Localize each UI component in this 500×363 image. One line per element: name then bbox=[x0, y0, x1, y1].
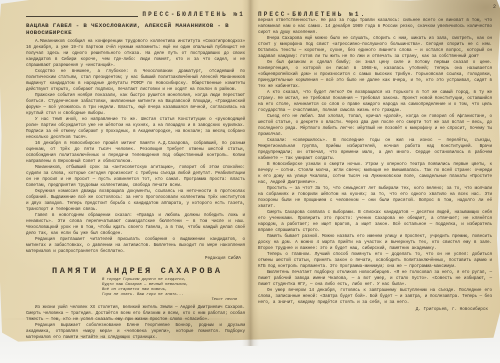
body-paragraph: Память бывает разной. Можно назвать его … bbox=[258, 234, 492, 252]
body-paragraph: Теперь о главном. Лучший способ помянуть… bbox=[258, 252, 492, 270]
body-paragraph: Вчера Сахарова ещё можно было не слушать… bbox=[258, 36, 492, 60]
right-page: 2 ПРЕСС-БЮЛЛЕТЕНЬ №1. верная ответственн… bbox=[258, 11, 492, 312]
body-paragraph: А кто сказал, что будет легко? Он возвра… bbox=[258, 90, 492, 114]
body-paragraph: 16 декабря в Новосибирске прошёл митинг … bbox=[26, 141, 245, 165]
body-paragraph: Сходство не внешнее, а глубокое: в Чехос… bbox=[26, 69, 245, 93]
left-article-body: А.Мананников сообщил на конференции труд… bbox=[26, 39, 245, 255]
epigraph-attribution: Текст песни bbox=[102, 298, 237, 303]
memorial-heading: ПАМЯТИ АНДРЕЯ САХАРОВА bbox=[52, 266, 245, 276]
body-paragraph: Простить — за что? За то, что семьдесят … bbox=[258, 186, 492, 210]
body-paragraph: Из жизни ушёл человек XX столетия, велик… bbox=[26, 305, 245, 323]
memorial-epigraph: В городе Горьком дороги не сходятся, Буд… bbox=[102, 278, 245, 303]
left-masthead-row: ПРЕСС-БЮЛЛЕТЕНЬ №1 bbox=[26, 11, 245, 18]
body-paragraph: Он умер вечером 14 декабря, готовясь к з… bbox=[258, 288, 492, 306]
body-paragraph: Он был физиком и сделал бомбу; он знал ц… bbox=[258, 60, 492, 90]
body-paragraph: Окружная комиссия дважды возвращала доку… bbox=[26, 189, 245, 213]
body-paragraph: Пражские события ноября показали, как бы… bbox=[26, 93, 245, 117]
body-paragraph: Редакция приглашает читателей присылать … bbox=[26, 237, 245, 255]
right-masthead: ПРЕСС-БЮЛЛЕТЕНЬ №1. bbox=[258, 11, 492, 18]
masthead-rule bbox=[26, 13, 138, 17]
body-paragraph: У нас темп иной, но направление то же. Ш… bbox=[26, 117, 245, 141]
body-paragraph: Гавел в новогоднем обращении сказал: «Пр… bbox=[26, 213, 245, 237]
memorial-body: Из жизни ушёл человек XX столетия, велик… bbox=[26, 305, 245, 341]
body-paragraph: В Новосибирске узнали о смерти ночью. Ут… bbox=[258, 162, 492, 186]
left-masthead: ПРЕСС-БЮЛЛЕТЕНЬ №1 bbox=[142, 11, 245, 18]
body-paragraph: Смерть Сахарова совпала с выборами. В сп… bbox=[258, 210, 492, 234]
right-article-body: верная ответственность». Не раз за годы … bbox=[258, 18, 492, 306]
body-paragraph: А.Мананников сообщил на конференции труд… bbox=[26, 39, 245, 69]
scanned-bulletin-photo: ПРЕСС-БЮЛЛЕТЕНЬ №1 ВАЦЛАВ ГАВЕЛ - В ЧЕХО… bbox=[0, 0, 500, 363]
body-paragraph: Сказали: «совершилось». В последние годы… bbox=[258, 138, 492, 162]
right-article-signature: Д. Григорьев, г. Новосибирск bbox=[258, 307, 488, 312]
body-paragraph: Редакция выражает соболезнование Елене Г… bbox=[26, 323, 245, 341]
body-paragraph: Съезд его не любил. Зал хлопал, топал, к… bbox=[258, 114, 492, 138]
body-paragraph: Мананников, отбывший срок за «антисоветс… bbox=[26, 165, 245, 189]
body-paragraph: верная ответственность». Не раз за годы … bbox=[258, 18, 492, 36]
left-article-signature: Редакция СибИА bbox=[26, 256, 241, 261]
body-paragraph: Бюллетень печатает подборку откликов нов… bbox=[258, 270, 492, 288]
left-headline: ВАЦЛАВ ГАВЕЛ - В ЧЕХОСЛОВАКИИ, АЛЕКСЕЙ М… bbox=[26, 22, 245, 36]
left-page: ПРЕСС-БЮЛЛЕТЕНЬ №1 ВАЦЛАВ ГАВЕЛ - В ЧЕХО… bbox=[26, 11, 245, 341]
page-number: 2 bbox=[493, 4, 496, 10]
